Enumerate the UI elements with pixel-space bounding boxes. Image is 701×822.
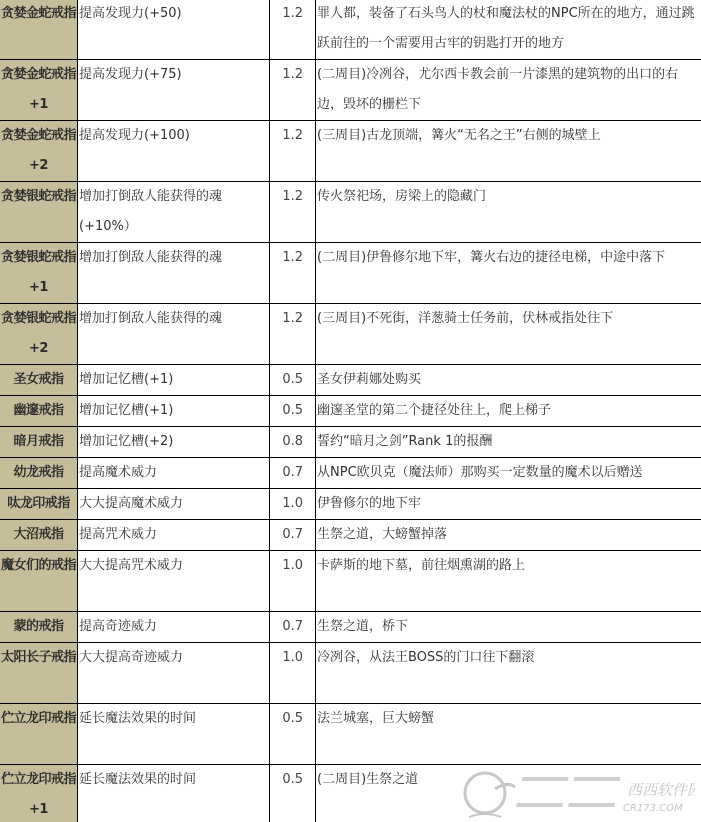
ring-location: 伊鲁修尔的地下牢: [316, 489, 701, 520]
ring-weight: 1.0: [270, 489, 316, 520]
ring-effect: 增加记忆槽(+1): [78, 365, 270, 396]
ring-weight: 0.5: [270, 704, 316, 765]
table-row: 贪婪银蛇戒指+2 增加打倒敌人能获得的魂 1.2 (三周目)不死街，洋葱骑士任务…: [0, 304, 701, 365]
table-row: 贪婪金蛇戒指 提高发现力(+50) 1.2 罪人都，装备了石头鸟人的杖和魔法杖的…: [0, 0, 701, 60]
ring-weight: 0.7: [270, 458, 316, 489]
ring-effect: 大大提高奇迹威力: [78, 643, 270, 704]
ring-weight: 0.7: [270, 520, 316, 551]
ring-weight: 1.2: [270, 304, 316, 365]
ring-name: 贪婪金蛇戒指: [0, 0, 78, 60]
ring-name: 幽邃戒指: [0, 396, 78, 427]
ring-effect: 延长魔法效果的时间: [78, 765, 270, 822]
ring-name: 暗月戒指: [0, 427, 78, 458]
table-row: 贪婪金蛇戒指+2 提高发现力(+100) 1.2 (三周目)古龙顶端，篝火“无名…: [0, 121, 701, 182]
ring-location: 法兰城塞，巨大螃蟹: [316, 704, 701, 765]
ring-name: 贪婪金蛇戒指+2: [0, 121, 78, 182]
ring-weight: 1.2: [270, 60, 316, 121]
ring-location: 生祭之道，桥下: [316, 612, 701, 643]
table-row: 幽邃戒指 增加记忆槽(+1) 0.5 幽邃圣堂的第二个捷径处往上，爬上梯子: [0, 396, 701, 427]
ring-weight: 0.5: [270, 396, 316, 427]
ring-location: (三周目)古龙顶端，篝火“无名之王”右侧的城壁上: [316, 121, 701, 182]
ring-weight: 0.8: [270, 427, 316, 458]
ring-location: 罪人都，装备了石头鸟人的杖和魔法杖的NPC所在的地方，通过跳跃前往的一个需要用古…: [316, 0, 701, 60]
ring-weight: 1.2: [270, 121, 316, 182]
ring-effect: 增加打倒敌人能获得的魂(+10%）: [78, 182, 270, 243]
ring-name: 呔龙印戒指: [0, 489, 78, 520]
ring-effect: 增加打倒敌人能获得的魂: [78, 243, 270, 304]
table-row: 圣女戒指 增加记忆槽(+1) 0.5 圣女伊莉娜处购买: [0, 365, 701, 396]
ring-effect: 增加记忆槽(+1): [78, 396, 270, 427]
ring-location: 幽邃圣堂的第二个捷径处往上，爬上梯子: [316, 396, 701, 427]
ring-name: 伫立龙印戒指+1: [0, 765, 78, 822]
ring-weight: 0.7: [270, 612, 316, 643]
ring-weight: 0.5: [270, 365, 316, 396]
ring-effect: 增加打倒敌人能获得的魂: [78, 304, 270, 365]
ring-weight: 1.2: [270, 0, 316, 60]
ring-location: (二周目)生祭之道: [316, 765, 701, 822]
ring-effect: 提高咒术威力: [78, 520, 270, 551]
ring-location: 从NPC欧贝克（魔法师）那购买一定数量的魔术以后赠送: [316, 458, 701, 489]
table-row: 贪婪银蛇戒指+1 增加打倒敌人能获得的魂 1.2 (二周目)伊鲁修尔地下牢，篝火…: [0, 243, 701, 304]
ring-effect: 延长魔法效果的时间: [78, 704, 270, 765]
ring-weight: 0.5: [270, 765, 316, 822]
table-row: 暗月戒指 增加记忆槽(+2) 0.8 誓约“暗月之剑”Rank 1的报酬: [0, 427, 701, 458]
ring-weight: 1.2: [270, 243, 316, 304]
ring-location: 生祭之道，大螃蟹掉落: [316, 520, 701, 551]
ring-location: 卡萨斯的地下墓，前往烟熏湖的路上: [316, 551, 701, 612]
ring-weight: 1.2: [270, 182, 316, 243]
ring-name: 幼龙戒指: [0, 458, 78, 489]
ring-effect: 大大提高咒术威力: [78, 551, 270, 612]
table-row: 幼龙戒指 提高魔术威力 0.7 从NPC欧贝克（魔法师）那购买一定数量的魔术以后…: [0, 458, 701, 489]
ring-weight: 1.0: [270, 551, 316, 612]
table-row: 贪婪金蛇戒指+1 提高发现力(+75) 1.2 (二周目)冷冽谷，尤尔西卡教会前…: [0, 60, 701, 121]
ring-location: (二周目)冷冽谷，尤尔西卡教会前一片漆黑的建筑物的出口的右边，毁坏的栅栏下: [316, 60, 701, 121]
table-row: 蒙的戒指 提高奇迹威力 0.7 生祭之道，桥下: [0, 612, 701, 643]
ring-name: 大沼戒指: [0, 520, 78, 551]
ring-effect: 大大提高魔术威力: [78, 489, 270, 520]
ring-location: 冷冽谷，从法王BOSS的门口往下翻滚: [316, 643, 701, 704]
table-row: 呔龙印戒指 大大提高魔术威力 1.0 伊鲁修尔的地下牢: [0, 489, 701, 520]
ring-weight: 1.0: [270, 643, 316, 704]
ring-name: 太阳长子戒指: [0, 643, 78, 704]
table-row: 大沼戒指 提高咒术威力 0.7 生祭之道，大螃蟹掉落: [0, 520, 701, 551]
ring-table: 贪婪金蛇戒指 提高发现力(+50) 1.2 罪人都，装备了石头鸟人的杖和魔法杖的…: [0, 0, 701, 822]
table-row: 太阳长子戒指 大大提高奇迹威力 1.0 冷冽谷，从法王BOSS的门口往下翻滚: [0, 643, 701, 704]
ring-location: (二周目)伊鲁修尔地下牢，篝火右边的捷径电梯，中途中落下: [316, 243, 701, 304]
table-row: 贪婪银蛇戒指 增加打倒敌人能获得的魂(+10%） 1.2 传火祭祀场，房梁上的隐…: [0, 182, 701, 243]
ring-location: 传火祭祀场，房梁上的隐藏门: [316, 182, 701, 243]
table-row: 伫立龙印戒指 延长魔法效果的时间 0.5 法兰城塞，巨大螃蟹: [0, 704, 701, 765]
ring-effect: 增加记忆槽(+2): [78, 427, 270, 458]
ring-location: 誓约“暗月之剑”Rank 1的报酬: [316, 427, 701, 458]
ring-effect: 提高发现力(+50): [78, 0, 270, 60]
ring-effect: 提高奇迹威力: [78, 612, 270, 643]
ring-location: (三周目)不死街，洋葱骑士任务前，伏林戒指处往下: [316, 304, 701, 365]
table-row: 魔女们的戒指 大大提高咒术威力 1.0 卡萨斯的地下墓，前往烟熏湖的路上: [0, 551, 701, 612]
ring-effect: 提高发现力(+75): [78, 60, 270, 121]
ring-name: 贪婪银蛇戒指+1: [0, 243, 78, 304]
ring-name: 贪婪银蛇戒指: [0, 182, 78, 243]
ring-effect: 提高发现力(+100): [78, 121, 270, 182]
table-row: 伫立龙印戒指+1 延长魔法效果的时间 0.5 (二周目)生祭之道: [0, 765, 701, 822]
ring-name: 贪婪金蛇戒指+1: [0, 60, 78, 121]
ring-name: 魔女们的戒指: [0, 551, 78, 612]
ring-name: 贪婪银蛇戒指+2: [0, 304, 78, 365]
ring-location: 圣女伊莉娜处购买: [316, 365, 701, 396]
ring-name: 蒙的戒指: [0, 612, 78, 643]
ring-name: 圣女戒指: [0, 365, 78, 396]
ring-name: 伫立龙印戒指: [0, 704, 78, 765]
ring-effect: 提高魔术威力: [78, 458, 270, 489]
